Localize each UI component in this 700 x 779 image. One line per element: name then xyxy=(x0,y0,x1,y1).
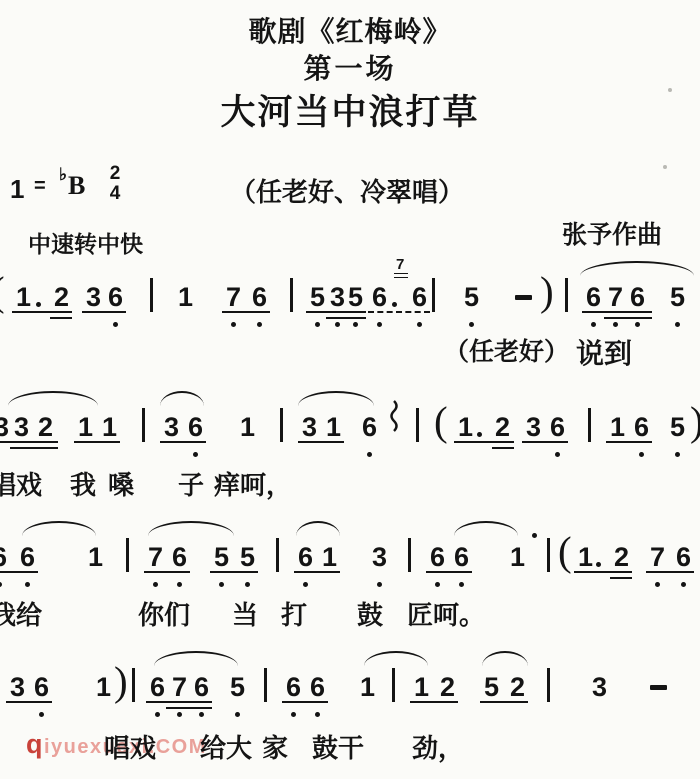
lyric-syllable: 说到 xyxy=(576,332,632,372)
barline xyxy=(126,538,129,572)
duration-dash xyxy=(650,685,667,690)
octave-dot-low xyxy=(335,322,340,327)
octave-dot-low xyxy=(675,322,680,327)
octave-dot-low xyxy=(153,582,158,587)
slur xyxy=(154,651,238,666)
note-token: 6 xyxy=(634,412,649,443)
octave-dot-low xyxy=(0,582,2,587)
beam-underline xyxy=(492,447,514,449)
note-token: 7 xyxy=(148,542,163,573)
lyric-syllable: 鼓干 xyxy=(312,728,364,765)
octave-dot-low xyxy=(315,712,320,717)
octave-dot-low xyxy=(231,322,236,327)
note-token: 1 xyxy=(510,542,525,573)
lyric-syllable: 唱戏 xyxy=(0,465,42,502)
barline xyxy=(416,408,419,442)
note-token: 5 xyxy=(310,282,325,313)
breath-mark xyxy=(388,400,400,437)
duration-dash xyxy=(515,295,532,300)
note-token: 3 xyxy=(10,672,25,703)
octave-dot-low xyxy=(39,712,44,717)
octave-dot-low xyxy=(219,582,224,587)
note-token: 6 xyxy=(372,282,387,313)
octave-dot-low xyxy=(353,322,358,327)
slur xyxy=(580,261,694,276)
beam-underline xyxy=(610,577,632,579)
octave-dot-low xyxy=(177,582,182,587)
barline xyxy=(565,278,568,312)
note-token: 3 xyxy=(0,412,9,443)
note-token: 6 xyxy=(630,282,645,313)
note-token: 1 xyxy=(578,542,593,573)
note-token: 5 xyxy=(214,542,229,573)
duration-dot xyxy=(477,432,482,437)
paren-token: ( xyxy=(558,527,572,575)
slur xyxy=(160,391,204,406)
beam-underline xyxy=(10,447,58,449)
note-token: 1 xyxy=(16,282,31,313)
slur xyxy=(22,521,96,536)
lyric-syllable: 你们 xyxy=(138,595,190,632)
note-token: 6 xyxy=(362,412,377,443)
slur xyxy=(296,521,340,536)
note-token: 5 xyxy=(670,282,685,313)
barline xyxy=(280,408,283,442)
octave-dot-low xyxy=(377,582,382,587)
barline xyxy=(276,538,279,572)
note-token: 6 xyxy=(252,282,267,313)
barline xyxy=(392,668,395,702)
note-token: 6 xyxy=(298,542,313,573)
note-token: 1 xyxy=(458,412,473,443)
note-token: 1 xyxy=(610,412,625,443)
slur xyxy=(482,651,528,666)
barline xyxy=(432,278,435,312)
octave-dot-low xyxy=(377,322,382,327)
note-token: 6 xyxy=(188,412,203,443)
note-token: 1 xyxy=(240,412,255,443)
lyric-syllable: 子 xyxy=(178,465,204,502)
beam-underline xyxy=(326,317,366,319)
note-token: 6 xyxy=(550,412,565,443)
beam-underline xyxy=(166,707,212,709)
slur xyxy=(8,391,98,406)
octave-dot-low xyxy=(635,322,640,327)
lyric-syllable: 痒呵， xyxy=(214,465,292,502)
octave-dot-low xyxy=(25,582,30,587)
duration-dot xyxy=(36,302,41,307)
octave-dot-low xyxy=(469,322,474,327)
grace-beam xyxy=(394,277,408,278)
note-token: 1 xyxy=(414,672,429,703)
paren-token: ) xyxy=(114,657,128,705)
note-token: 6 xyxy=(430,542,445,573)
note-token: 6 xyxy=(194,672,209,703)
barline xyxy=(150,278,153,312)
note-token: 1 xyxy=(102,412,117,443)
slur xyxy=(148,521,234,536)
lyric-syllable: 我给 xyxy=(0,595,42,632)
lyric-syllable: 劲， xyxy=(412,728,464,765)
barline xyxy=(408,538,411,572)
lyric-syllable: （任老好） xyxy=(444,332,569,368)
octave-dot-low xyxy=(235,712,240,717)
note-token: 6 xyxy=(310,672,325,703)
note-token: 2 xyxy=(440,672,455,703)
note-token: 3 xyxy=(164,412,179,443)
music-line-4: 361)676566112523唱戏给大家鼓干劲， xyxy=(0,648,700,779)
paren-token: ( xyxy=(0,267,5,315)
note-token: 1 xyxy=(326,412,341,443)
octave-dot-low xyxy=(155,712,160,717)
grace-note: 7 xyxy=(396,256,404,273)
beam-underline xyxy=(50,317,72,319)
sheet-music-page: 歌剧《红梅岭》 第一场 大河当中浪打草 1 = ♭ B 2 4 （任老好、冷翠唱… xyxy=(0,0,700,779)
paren-token: ( xyxy=(434,397,448,445)
barline xyxy=(547,668,550,702)
lyric-syllable: 我 xyxy=(70,465,96,502)
octave-dot-low xyxy=(257,322,262,327)
note-token: 3 xyxy=(302,412,317,443)
note-token: 6 xyxy=(676,542,691,573)
duration-dot xyxy=(596,562,601,567)
music-line-2: 33211361316(1236165)唱戏我嗓子痒呵， xyxy=(0,388,700,518)
barline xyxy=(132,668,135,702)
music-line-1: (12361765356765)6765（任老好）说到 xyxy=(0,258,700,388)
duration-dot xyxy=(392,302,397,307)
octave-dot-low xyxy=(177,712,182,717)
lyric-syllable: 打 xyxy=(281,595,307,632)
lyric-syllable: 嗓 xyxy=(108,465,134,502)
note-token: 7 xyxy=(172,672,187,703)
barline xyxy=(588,408,591,442)
note-token: 5 xyxy=(670,412,685,443)
lyric-syllable: 当 xyxy=(232,595,258,632)
note-token: 2 xyxy=(614,542,629,573)
note-token: 5 xyxy=(240,542,255,573)
note-token: 7 xyxy=(226,282,241,313)
octave-dot-low xyxy=(613,322,618,327)
note-token: 3 xyxy=(330,282,345,313)
slur xyxy=(364,651,428,666)
lyric-syllable: 唱戏 xyxy=(104,728,156,765)
lyric-syllable: 匠呵。 xyxy=(407,595,485,632)
octave-dot-low xyxy=(681,582,686,587)
octave-dot-low xyxy=(555,452,560,457)
lyric-syllable: 家 xyxy=(262,728,288,765)
note-token: 3 xyxy=(372,542,387,573)
note-token: 1 xyxy=(78,412,93,443)
note-token: 6 xyxy=(286,672,301,703)
octave-dot-low xyxy=(245,582,250,587)
note-token: 1 xyxy=(96,672,111,703)
barline xyxy=(290,278,293,312)
note-token: 7 xyxy=(650,542,665,573)
note-token: 7 xyxy=(608,282,623,313)
lyric-syllable: 鼓 xyxy=(357,595,383,632)
note-token: 3 xyxy=(592,672,607,703)
note-token: 3 xyxy=(526,412,541,443)
note-token: 6 xyxy=(586,282,601,313)
grace-beam xyxy=(394,273,408,274)
octave-dot-low xyxy=(655,582,660,587)
note-token: 6 xyxy=(20,542,35,573)
note-token: 6 xyxy=(150,672,165,703)
note-token: 6 xyxy=(172,542,187,573)
note-token: 5 xyxy=(464,282,479,313)
note-token: 1 xyxy=(322,542,337,573)
note-token: 6 xyxy=(0,542,7,573)
octave-dot-high xyxy=(532,533,537,538)
barline xyxy=(264,668,267,702)
note-token: 3 xyxy=(14,412,29,443)
paren-token: ) xyxy=(540,267,554,315)
barline xyxy=(547,538,550,572)
note-token: 2 xyxy=(510,672,525,703)
score: (12361765356765)6765（任老好）说到33211361316(1… xyxy=(0,0,700,779)
octave-dot-low xyxy=(193,452,198,457)
octave-dot-low xyxy=(113,322,118,327)
paren-token: ) xyxy=(690,397,700,445)
note-token: 5 xyxy=(484,672,499,703)
lyric-syllable: 给大 xyxy=(200,728,252,765)
note-token: 3 xyxy=(86,282,101,313)
octave-dot-low xyxy=(639,452,644,457)
octave-dot-low xyxy=(675,452,680,457)
octave-dot-low xyxy=(291,712,296,717)
octave-dot-low xyxy=(303,582,308,587)
note-token: 1 xyxy=(88,542,103,573)
octave-dot-low xyxy=(315,322,320,327)
note-token: 5 xyxy=(348,282,363,313)
note-token: 6 xyxy=(454,542,469,573)
note-token: 2 xyxy=(38,412,53,443)
note-token: 1 xyxy=(360,672,375,703)
note-token: 1 xyxy=(178,282,193,313)
octave-dot-low xyxy=(199,712,204,717)
octave-dot-low xyxy=(459,582,464,587)
music-line-3: 6617655613661(1276我给你们当打鼓匠呵。 xyxy=(0,518,700,648)
octave-dot-low xyxy=(417,322,422,327)
beam-underline xyxy=(604,317,652,319)
barline xyxy=(142,408,145,442)
note-token: 5 xyxy=(230,672,245,703)
note-token: 6 xyxy=(34,672,49,703)
note-token: 6 xyxy=(108,282,123,313)
note-token: 2 xyxy=(495,412,510,443)
octave-dot-low xyxy=(435,582,440,587)
octave-dot-low xyxy=(367,452,372,457)
slur xyxy=(454,521,518,536)
octave-dot-low xyxy=(591,322,596,327)
note-token: 2 xyxy=(54,282,69,313)
note-token: 6 xyxy=(412,282,427,313)
slur xyxy=(298,391,374,406)
